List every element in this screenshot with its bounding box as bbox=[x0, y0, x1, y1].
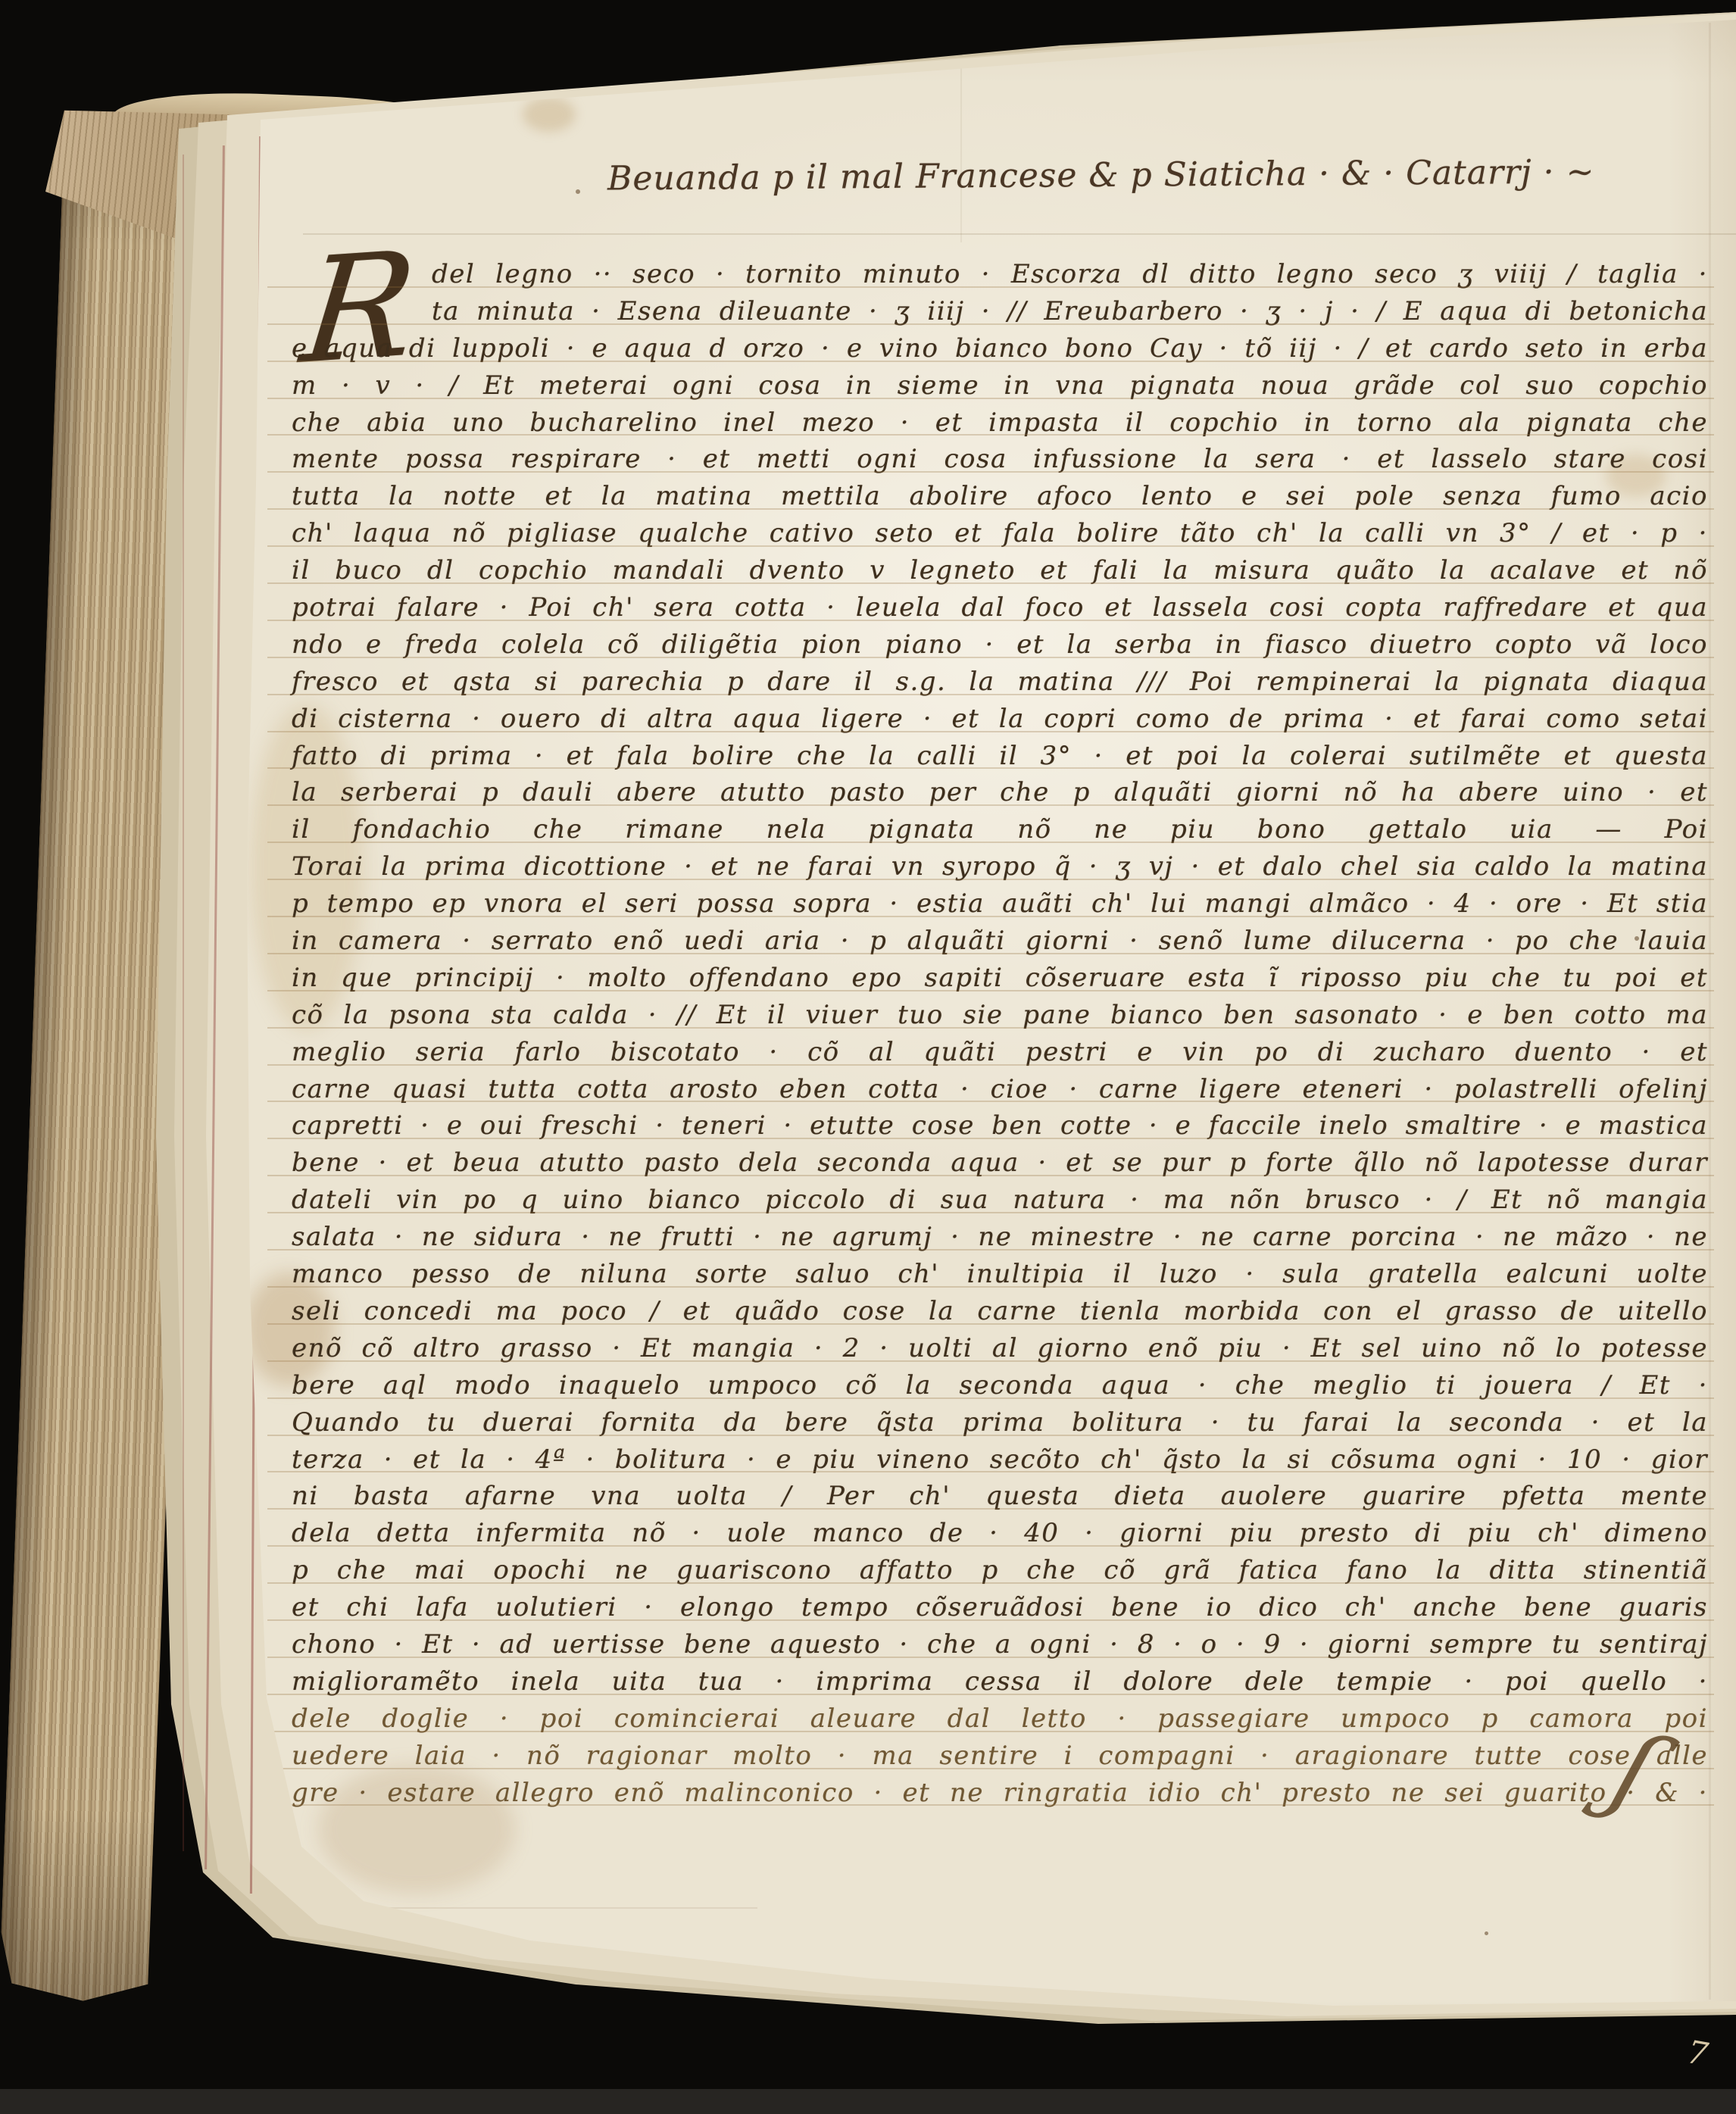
text-line: ni basta afarne vna uolta / Per ch' ques… bbox=[292, 1478, 1708, 1515]
text-line: Torai la prima dicottione · et ne farai … bbox=[292, 848, 1708, 885]
leaf-edge-stain-line bbox=[183, 155, 184, 1851]
text-line: bere aql modo inaquelo umpoco cõ la seco… bbox=[292, 1367, 1708, 1404]
text-line: chono · Et · ad uertisse bene aquesto · … bbox=[292, 1626, 1708, 1663]
text-line: uedere laia · nõ ragionar molto · ma sen… bbox=[292, 1738, 1708, 1775]
paper-stain bbox=[523, 97, 576, 132]
paper-crease bbox=[960, 45, 962, 242]
text-line: potrai falare · Poi ch' sera cotta · leu… bbox=[292, 589, 1708, 626]
text-line: il fondachio che rimane nela pignata nõ … bbox=[292, 811, 1708, 848]
text-line: che abia uno bucharelino inel mezo · et … bbox=[292, 404, 1708, 442]
text-line: et chi lafa uolutieri · elongo tempo cõs… bbox=[292, 1589, 1708, 1626]
text-line: bene · et beua atutto pasto dela seconda… bbox=[292, 1144, 1708, 1182]
text-line: ndo e freda colela cõ diligẽtia pion pia… bbox=[292, 626, 1708, 664]
ink-speck bbox=[1485, 1931, 1488, 1935]
text-line: fresco et qsta si parechia p dare il s.g… bbox=[292, 664, 1708, 701]
text-line: salata · ne sidura · ne frutti · ne agru… bbox=[292, 1219, 1708, 1256]
text-line: tutta la notte et la matina mettila abol… bbox=[292, 478, 1708, 515]
text-line: p che mai opochi ne guariscono affatto p… bbox=[292, 1552, 1708, 1589]
text-line: Quando tu duerai fornita da bere q̃sta p… bbox=[292, 1404, 1708, 1441]
text-line: p tempo ep vnora el seri possa sopra · e… bbox=[292, 885, 1708, 923]
ink-speck bbox=[576, 189, 580, 194]
text-line: la serberai p dauli abere atutto pasto p… bbox=[292, 774, 1708, 811]
text-line: terza · et la · 4ª · bolitura · e piu vi… bbox=[292, 1441, 1708, 1479]
text-line: mente possa respirare · et metti ogni co… bbox=[292, 441, 1708, 478]
text-line: in camera · serrato enõ uedi aria · p al… bbox=[292, 923, 1708, 960]
text-line: meglio seria farlo biscotato · cõ al quã… bbox=[292, 1034, 1708, 1071]
text-line: dateli vin po q uino bianco piccolo di s… bbox=[292, 1182, 1708, 1219]
text-line: ta minuta · Esena dileuante · ʒ iiij · /… bbox=[292, 293, 1708, 330]
text-line: enõ cõ altro grasso · Et mangia · 2 · uo… bbox=[292, 1330, 1708, 1367]
text-line: gre · estare allegro enõ malinconico · e… bbox=[292, 1775, 1708, 1812]
text-line: seli concedi ma poco / et quãdo cose la … bbox=[292, 1293, 1708, 1330]
text-line: dela detta infermita nõ · uole manco de … bbox=[292, 1515, 1708, 1552]
text-line: dele doglie · poi comincierai aleuare da… bbox=[292, 1700, 1708, 1738]
scan-bottom-band bbox=[0, 2089, 1736, 2114]
text-line: ch' laqua nõ pigliase qualche cativo set… bbox=[292, 515, 1708, 552]
text-line: manco pesso de niluna sorte saluo ch' in… bbox=[292, 1256, 1708, 1293]
text-line: cõ la psona sta calda · // Et il viuer t… bbox=[292, 997, 1708, 1034]
text-line: capretti · e oui freschi · teneri · etut… bbox=[292, 1107, 1708, 1144]
paper-crease bbox=[303, 233, 1736, 235]
text-line: m · v · / Et meterai ogni cosa in sieme … bbox=[292, 367, 1708, 404]
corner-tab-mark: 7 bbox=[1684, 2033, 1711, 2073]
photograph-background: Beuanda p il mal Francese & p Siaticha ·… bbox=[0, 0, 1736, 2114]
text-line: carne quasi tutta cotta arosto eben cott… bbox=[292, 1071, 1708, 1108]
recipe-title: Beuanda p il mal Francese & p Siaticha ·… bbox=[607, 152, 1595, 198]
handwritten-text-block: del legno ·· seco · tornito minuto · Esc… bbox=[292, 256, 1708, 1811]
text-line: di cisterna · ouero di altra aqua ligere… bbox=[292, 701, 1708, 738]
text-line: in que principij · molto offendano epo s… bbox=[292, 960, 1708, 997]
text-line: miglioramẽto inela uita tua · imprima ce… bbox=[292, 1663, 1708, 1700]
text-line: il buco dl copchio mandali dvento v legn… bbox=[292, 552, 1708, 589]
paper-crease bbox=[1709, 23, 1711, 2000]
text-line: e aqua di luppoli · e aqua d orzo · e vi… bbox=[292, 330, 1708, 367]
text-line: del legno ·· seco · tornito minuto · Esc… bbox=[292, 256, 1708, 293]
text-line: fatto di prima · et fala bolire che la c… bbox=[292, 738, 1708, 775]
